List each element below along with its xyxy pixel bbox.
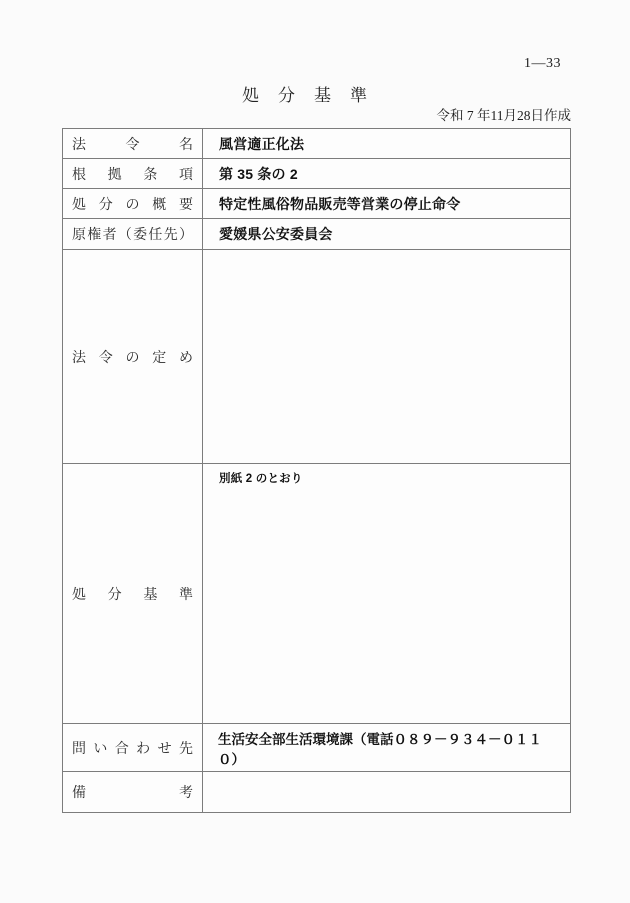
table-row-basis-article: 根拠条項 第 35 条の 2	[63, 158, 570, 188]
label-text: 原権者（委任先）	[72, 224, 193, 244]
row-label-basis-article: 根拠条項	[63, 159, 203, 188]
row-label-disposition-standards: 処分基準	[63, 464, 203, 723]
page-number: 1—33	[524, 56, 561, 72]
label-text: 法令名	[72, 134, 193, 154]
label-text: 問い合わせ先	[72, 738, 193, 758]
row-value-basis-article: 第 35 条の 2	[203, 159, 570, 188]
document-title: 処 分 基 準	[0, 81, 610, 106]
row-value-contact: 生活安全部生活環境課（電話０８９－９３４－０１１０）	[203, 724, 570, 771]
label-text: 備考	[72, 782, 193, 802]
row-label-law-name: 法令名	[63, 129, 203, 158]
row-value-original-authority: 愛媛県公安委員会	[203, 219, 570, 249]
table-row-disposition-standards: 処分基準 別紙 2 のとおり	[63, 463, 570, 723]
table-row-original-authority: 原権者（委任先） 愛媛県公安委員会	[63, 218, 570, 249]
document-page: { "page": { "page_number": "1—33", "titl…	[0, 0, 630, 903]
label-text: 処分の概要	[72, 194, 193, 214]
disposition-standards-table: 法令名 風営適正化法 根拠条項 第 35 条の 2 処分の概要 特定性風俗物品販…	[62, 128, 571, 813]
label-text: 処分基準	[72, 584, 193, 604]
table-row-disposition-summary: 処分の概要 特定性風俗物品販売等営業の停止命令	[63, 188, 570, 218]
row-value-disposition-summary: 特定性風俗物品販売等営業の停止命令	[203, 189, 570, 218]
row-value-legal-provisions	[203, 250, 570, 463]
creation-date: 令和 7 年11月28日作成	[437, 104, 572, 124]
row-label-legal-provisions: 法令の定め	[63, 250, 203, 463]
row-value-law-name: 風営適正化法	[203, 129, 570, 158]
label-text: 根拠条項	[72, 164, 193, 184]
row-label-contact: 問い合わせ先	[63, 724, 203, 771]
row-value-remarks	[203, 772, 570, 812]
table-row-contact: 問い合わせ先 生活安全部生活環境課（電話０８９－９３４－０１１０）	[63, 723, 570, 771]
table-row-legal-provisions: 法令の定め	[63, 249, 570, 463]
row-label-disposition-summary: 処分の概要	[63, 189, 203, 218]
row-value-disposition-standards: 別紙 2 のとおり	[203, 464, 570, 723]
row-label-remarks: 備考	[63, 772, 203, 812]
table-row-remarks: 備考	[63, 771, 570, 812]
label-text: 法令の定め	[72, 347, 193, 367]
table-row-law-name: 法令名 風営適正化法	[63, 129, 570, 158]
row-label-original-authority: 原権者（委任先）	[63, 219, 203, 249]
